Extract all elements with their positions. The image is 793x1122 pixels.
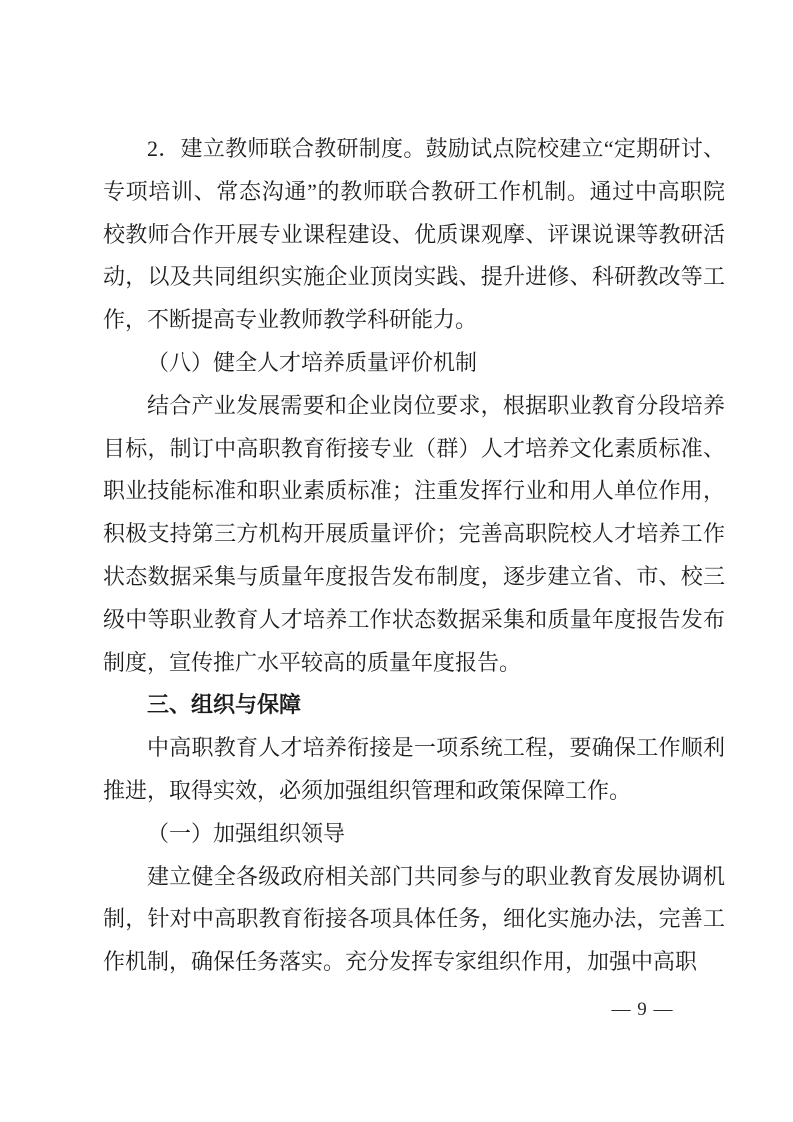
paragraph-quality-standards: 结合产业发展需要和企业岗位要求，根据职业教育分段培养目标，制订中高职教育衔接专业… [103,385,725,685]
page-number: — 9 — [612,999,674,1020]
paragraph-coordination-mechanism: 建立健全各级政府相关部门共同参与的职业教育发展协调机制，针对中高职教育衔接各项具… [103,856,725,984]
sub-heading-quality-evaluation: （八）健全人才培养质量评价机制 [103,342,725,385]
document-page: 2．建立教师联合教研制度。鼓励试点院校建立“定期研讨、专项培训、常态沟通”的教师… [0,0,793,1122]
paragraph-teacher-joint-research: 2．建立教师联合教研制度。鼓励试点院校建立“定期研讨、专项培训、常态沟通”的教师… [103,128,725,342]
document-body: 2．建立教师联合教研制度。鼓励试点院校建立“定期研讨、专项培训、常态沟通”的教师… [103,128,725,984]
sub-heading-strengthen-leadership: （一）加强组织领导 [103,813,725,856]
page-footer: — 9 — [595,999,690,1021]
section-heading-organization-guarantee: 三、组织与保障 [103,684,725,727]
paragraph-system-project: 中高职教育人才培养衔接是一项系统工程，要确保工作顺利推进，取得实效，必须加强组织… [103,727,725,813]
